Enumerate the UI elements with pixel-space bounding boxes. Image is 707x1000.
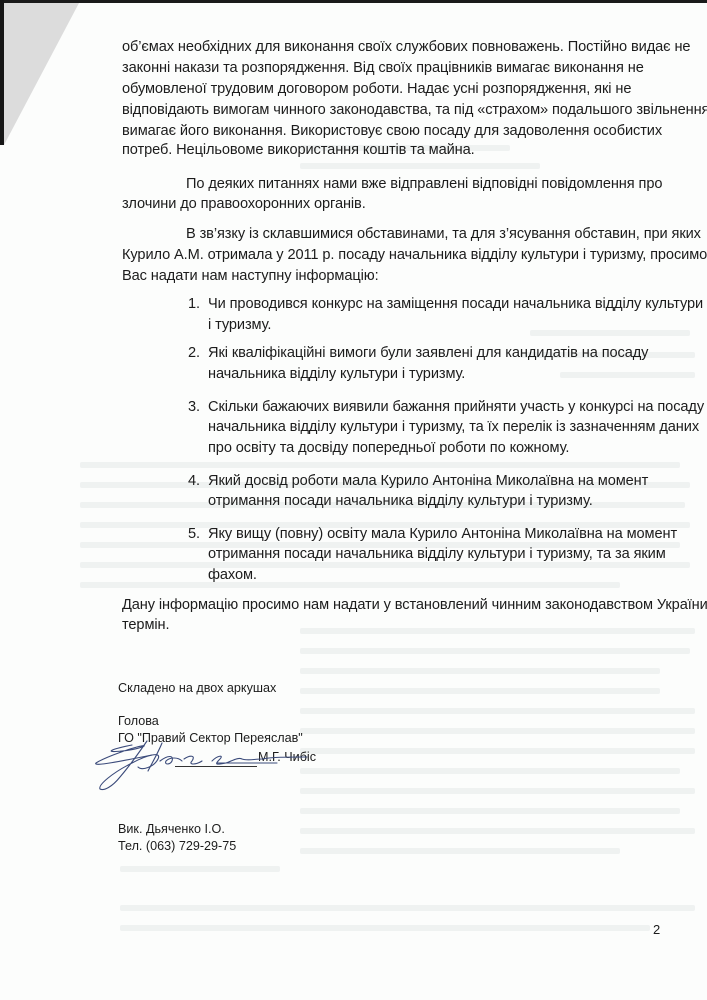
text-line: законні накази та розпорядження. Від сво…: [122, 58, 644, 78]
list-number: 4.: [188, 471, 208, 491]
handwritten-signature-icon: [92, 737, 322, 792]
text-line: Скільки бажаючих виявили бажання прийнят…: [208, 399, 704, 415]
list-number: 3.: [188, 397, 208, 417]
text-line: Чи проводився конкурс на заміщення посад…: [208, 296, 703, 312]
folded-corner: [4, 3, 79, 145]
text-line: отримання посади начальника відділу куль…: [208, 544, 666, 564]
list-number: 5.: [188, 524, 208, 544]
text-line: про освіту та досвіду попередньої роботи…: [208, 438, 569, 458]
text-line: злочини до правоохоронних органів.: [122, 194, 366, 214]
text-line: обумовленої трудовим договором роботи. Н…: [122, 79, 631, 99]
list-number: 2.: [188, 343, 208, 363]
text-line: термін.: [122, 615, 169, 635]
sheets-note: Складено на двох аркушах: [118, 680, 276, 697]
text-line: Курило А.М. отримала у 2011 р. посаду на…: [122, 245, 707, 265]
text-line: фахом.: [208, 565, 257, 585]
text-line: Який досвід роботи мала Курило Антоніна …: [208, 473, 648, 489]
scan-edge-left: [0, 0, 4, 145]
text-line: Яку вищу (повну) освіту мала Курило Анто…: [208, 526, 677, 542]
phone-number: Тел. (063) 729-29-75: [118, 838, 236, 855]
text-line: начальника відділу культури і туризму.: [208, 364, 465, 384]
text-line: потреб. Нецільовоме використання коштів …: [122, 140, 475, 160]
text-line: Які кваліфікаційні вимоги були заявлені …: [208, 345, 648, 361]
text-line: В зв’язку із склавшимися обставинами, та…: [186, 224, 701, 244]
scan-edge-top: [0, 0, 707, 3]
list-number: 1.: [188, 294, 208, 314]
page-number: 2: [653, 922, 660, 937]
executor-name: Вик. Дьяченко І.О.: [118, 821, 225, 838]
text-line: Дану інформацію просимо нам надати у вст…: [122, 595, 707, 615]
text-line: отримання посади начальника відділу куль…: [208, 491, 593, 511]
text-line: начальника відділу культури і туризму, т…: [208, 417, 699, 437]
text-line: По деяких питаннях нами вже відправлені …: [186, 174, 662, 194]
text-line: Вас надати нам наступну інформацію:: [122, 266, 379, 286]
signatory-position: Голова: [118, 713, 159, 730]
text-line: об’ємах необхідних для виконання своїх с…: [122, 37, 690, 57]
text-line: вимагає його виконання. Використовує сво…: [122, 121, 662, 141]
text-line: відповідають вимогам чинного законодавст…: [122, 100, 707, 120]
document-page: об’ємах необхідних для виконання своїх с…: [0, 0, 707, 1000]
text-line: і туризму.: [208, 315, 271, 335]
